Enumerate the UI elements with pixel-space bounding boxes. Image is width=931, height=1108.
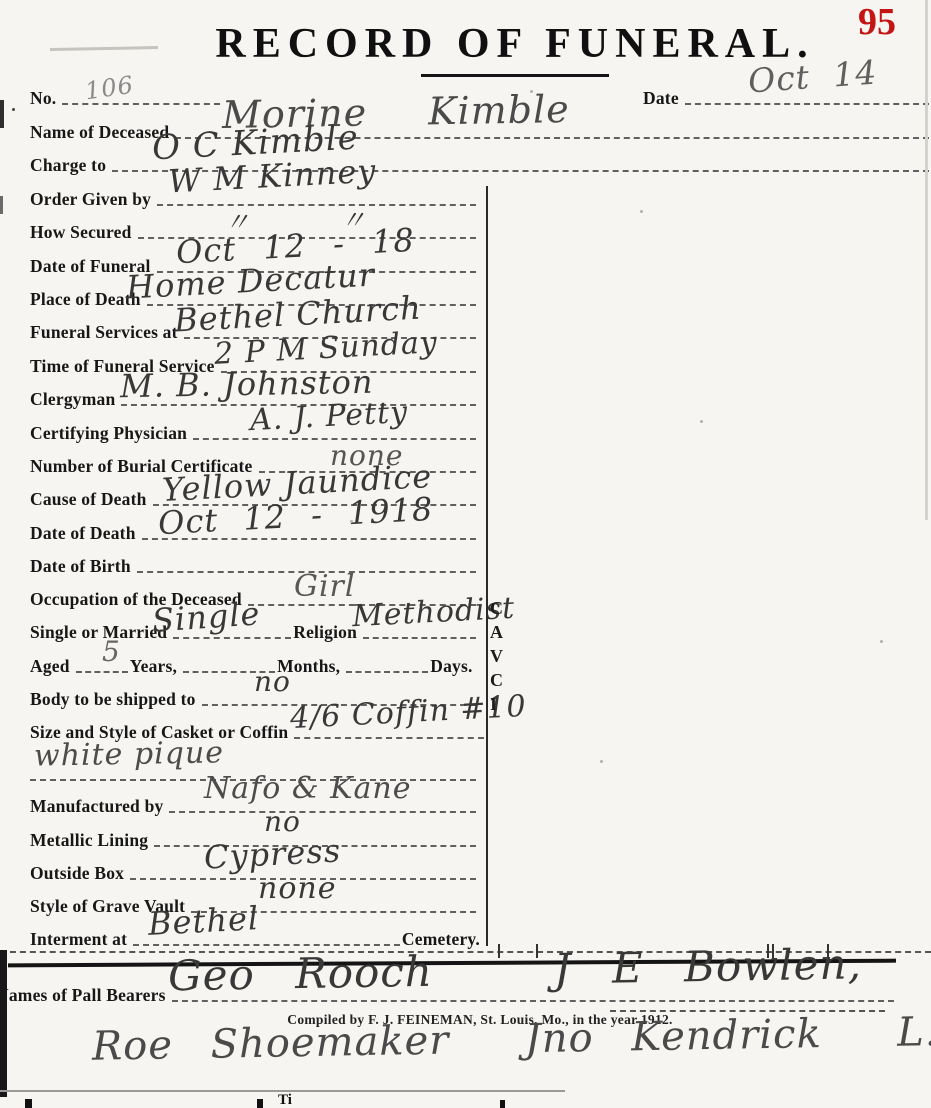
label-how-secured: How Secured	[30, 223, 132, 242]
scan-edge-band	[925, 0, 928, 520]
scan-speck	[12, 108, 15, 111]
label-years: Years,	[130, 657, 177, 676]
label-clergyman: Clergyman	[30, 390, 115, 409]
label-number: No.	[30, 89, 56, 108]
handwriting-casket-continued: white pique	[34, 738, 225, 771]
clipped-right-column-letter: V	[490, 646, 503, 667]
handwriting-grave-vault: none	[258, 874, 336, 904]
scan-edge-bar	[0, 950, 7, 1097]
clipped-right-column-letter: C	[490, 598, 503, 619]
next-page-mark	[257, 1099, 263, 1108]
scan-speck	[880, 640, 883, 643]
handwriting-aged-years: 5	[102, 638, 121, 666]
clipped-right-column-letter: A	[490, 622, 503, 643]
dotted-line	[172, 1000, 894, 1002]
handwriting-manufactured-by: Nafo & Kane	[204, 774, 411, 804]
label-manufactured-by: Manufactured by	[30, 797, 163, 816]
next-page-mark	[25, 1099, 32, 1108]
dotted-line	[346, 671, 428, 673]
scan-speck	[530, 90, 533, 93]
scan-speck	[700, 420, 703, 423]
handwriting-outside-box: Cypress	[203, 834, 342, 873]
label-outside-box: Outside Box	[30, 864, 124, 883]
field-row-date-of-birth: Date of Birth	[30, 546, 478, 576]
label-date-of-birth: Date of Birth	[30, 557, 131, 576]
label-date-of-death: Date of Death	[30, 524, 136, 543]
next-page-mark	[500, 1100, 505, 1108]
scan-edge-mark	[0, 196, 3, 214]
handwriting-order-given-by: W M Kinney	[167, 155, 377, 198]
dotted-line	[294, 737, 484, 739]
handwriting-single-or-married: Single	[151, 597, 261, 636]
next-page-text-fragment: Ti	[278, 1092, 292, 1108]
scan-speck	[600, 760, 603, 763]
label-cause-of-death: Cause of Death	[30, 490, 147, 509]
label-date: Date	[643, 89, 679, 108]
label-place-of-death: Place of Death	[30, 290, 141, 309]
handwriting-date: Oct 14	[747, 56, 878, 98]
label-name-of-deceased: Name of Deceased	[30, 123, 169, 142]
label-body-shipped: Body to be shipped to	[30, 690, 196, 709]
clipped-right-column-letter: C	[490, 670, 503, 691]
label-aged: Aged	[30, 657, 70, 676]
label-certifying-physician: Certifying Physician	[30, 424, 187, 443]
handwriting-number: 106	[84, 73, 136, 104]
label-funeral-services-at: Funeral Services at	[30, 323, 178, 342]
dotted-line	[685, 103, 929, 105]
dotted-line	[363, 637, 476, 639]
label-interment-at: Interment at	[30, 930, 127, 949]
label-metallic-lining: Metallic Lining	[30, 831, 148, 850]
dotted-line	[169, 811, 476, 813]
scanned-funeral-record-page: 95 RECORD OF FUNERAL. No. Date 106 Oct 1…	[0, 0, 931, 1108]
label-pall-bearers: Names of Pall Bearers	[0, 986, 166, 1005]
scan-speck	[640, 210, 643, 213]
handwriting-certifying-physician: A. J. Petty	[249, 398, 409, 436]
dotted-line	[76, 671, 128, 673]
scan-speck	[350, 520, 353, 523]
label-days: Days.	[430, 657, 472, 676]
dotted-line	[157, 204, 476, 206]
title-underline	[421, 74, 609, 77]
scan-edge-mark	[0, 100, 4, 128]
handwriting-occupation: Girl	[294, 572, 356, 602]
label-religion: Religion	[293, 623, 357, 642]
column-divider-rule	[486, 186, 488, 946]
handwriting-metallic-lining: no	[264, 808, 301, 836]
label-order-given-by: Order Given by	[30, 190, 151, 209]
dotted-line	[133, 944, 400, 946]
dotted-line	[173, 637, 291, 639]
handwriting-body-shipped: no	[254, 668, 291, 696]
label-single-or-married: Single or Married	[30, 623, 167, 642]
handwriting-interment-at: Bethel	[147, 902, 260, 940]
label-charge-to: Charge to	[30, 156, 106, 175]
handwriting-clergyman: M. B. Johnston	[120, 366, 374, 402]
clipped-right-column-letter: I	[490, 694, 497, 715]
